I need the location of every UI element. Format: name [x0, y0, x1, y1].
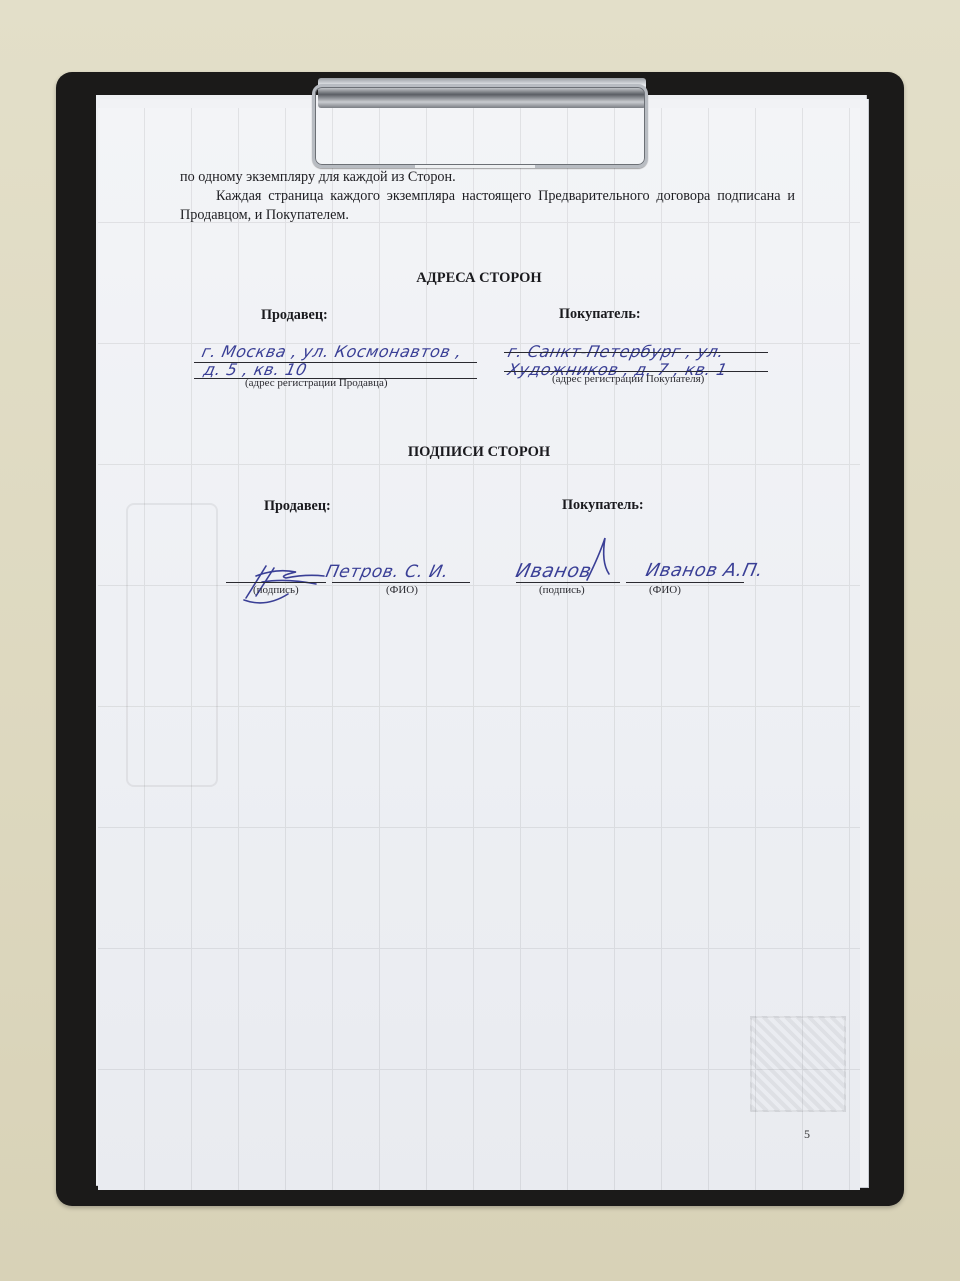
buyer-signature-label: Покупатель:: [562, 497, 644, 514]
buyer-name-caption: (ФИО): [649, 584, 681, 596]
seller-signature-label: Продавец:: [264, 498, 331, 515]
signatures-heading: ПОДПИСИ СТОРОН: [98, 444, 860, 461]
show-through-box: [126, 503, 218, 787]
seller-signature-underline: [226, 582, 326, 583]
buyer-address-underline-2: [504, 371, 768, 372]
contract-page: по одному экземпляру для каждой из Сторо…: [98, 108, 860, 1190]
seller-address-label: Продавец:: [261, 307, 328, 324]
seller-signature-scribble: [226, 558, 332, 604]
paragraph-signed: Каждая страница каждого экземпляра насто…: [180, 187, 795, 225]
seller-signature-caption: (подпись): [253, 584, 299, 596]
page-number: 5: [804, 1127, 810, 1142]
clipboard-clip-wire[interactable]: [312, 84, 648, 168]
seller-name-underline: [332, 582, 470, 583]
paragraph-end: по одному экземпляру для каждой из Сторо…: [180, 168, 456, 187]
buyer-signature-underline: [516, 582, 620, 583]
buyer-signature-caption: (подпись): [539, 584, 585, 596]
buyer-address-underline-1: [504, 352, 768, 353]
buyer-name: Иванов А.П.: [644, 560, 765, 581]
seller-name-caption: (ФИО): [386, 584, 418, 596]
buyer-name-underline: [626, 582, 744, 583]
buyer-address-caption: (адрес регистрации Покупателя): [552, 373, 704, 385]
addresses-heading: АДРЕСА СТОРОН: [98, 270, 860, 287]
seller-address-line1: г. Москва , ул. Космонавтов ,: [200, 342, 464, 361]
buyer-signature: Иванов: [514, 560, 594, 582]
show-through-qr-code: [750, 1016, 846, 1112]
buyer-address-label: Покупатель:: [559, 306, 641, 323]
seller-name: Петров. С. И.: [324, 562, 451, 582]
buyer-signature-flourish: [583, 536, 613, 582]
seller-address-caption: (адрес регистрации Продавца): [245, 377, 388, 389]
